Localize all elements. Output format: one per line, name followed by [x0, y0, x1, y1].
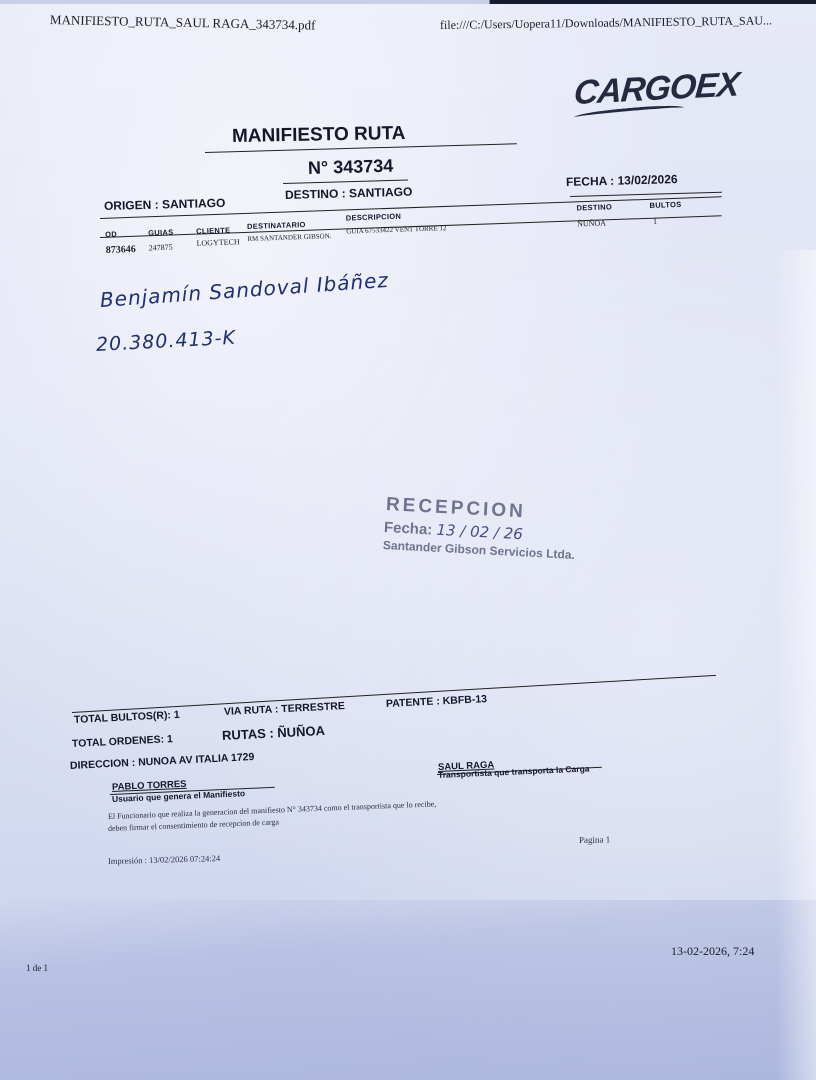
cell-descripcion: GUIA 67533422 VENT TORRE 12	[346, 224, 446, 235]
print-footer-datetime: 13-02-2026, 7:24	[671, 944, 754, 959]
cell-destino: ÑUÑOA	[577, 218, 606, 228]
cell-od: 873646	[106, 244, 136, 256]
col-header-bultos: BULTOS	[649, 200, 681, 210]
print-footer-page-count: 1 de 1	[26, 963, 48, 973]
cell-cliente: LOGYTECH	[196, 237, 239, 247]
col-header-guias: GUIAS	[148, 228, 174, 238]
paper-highlight	[776, 250, 816, 1080]
col-header-cliente: CLIENTE	[196, 226, 230, 236]
manifest-number: N° 343734	[308, 156, 394, 179]
document-title: MANIFIESTO RUTA	[232, 123, 406, 148]
col-header-od: OD	[105, 230, 117, 239]
cell-destinatario: RM SANTANDER GIBSON.	[247, 232, 331, 243]
paper-fold-shadow	[0, 900, 816, 1080]
cell-bultos: 1	[653, 217, 657, 226]
col-header-destino: DESTINO	[576, 202, 612, 212]
col-header-destinatario: DESTINATARIO	[247, 220, 306, 231]
col-header-descripcion: DESCRIPCION	[346, 212, 402, 223]
stamp-date-label: Fecha:	[384, 519, 433, 539]
cell-guias: 247875	[149, 243, 173, 253]
page-label: Pagina 1	[579, 834, 610, 845]
